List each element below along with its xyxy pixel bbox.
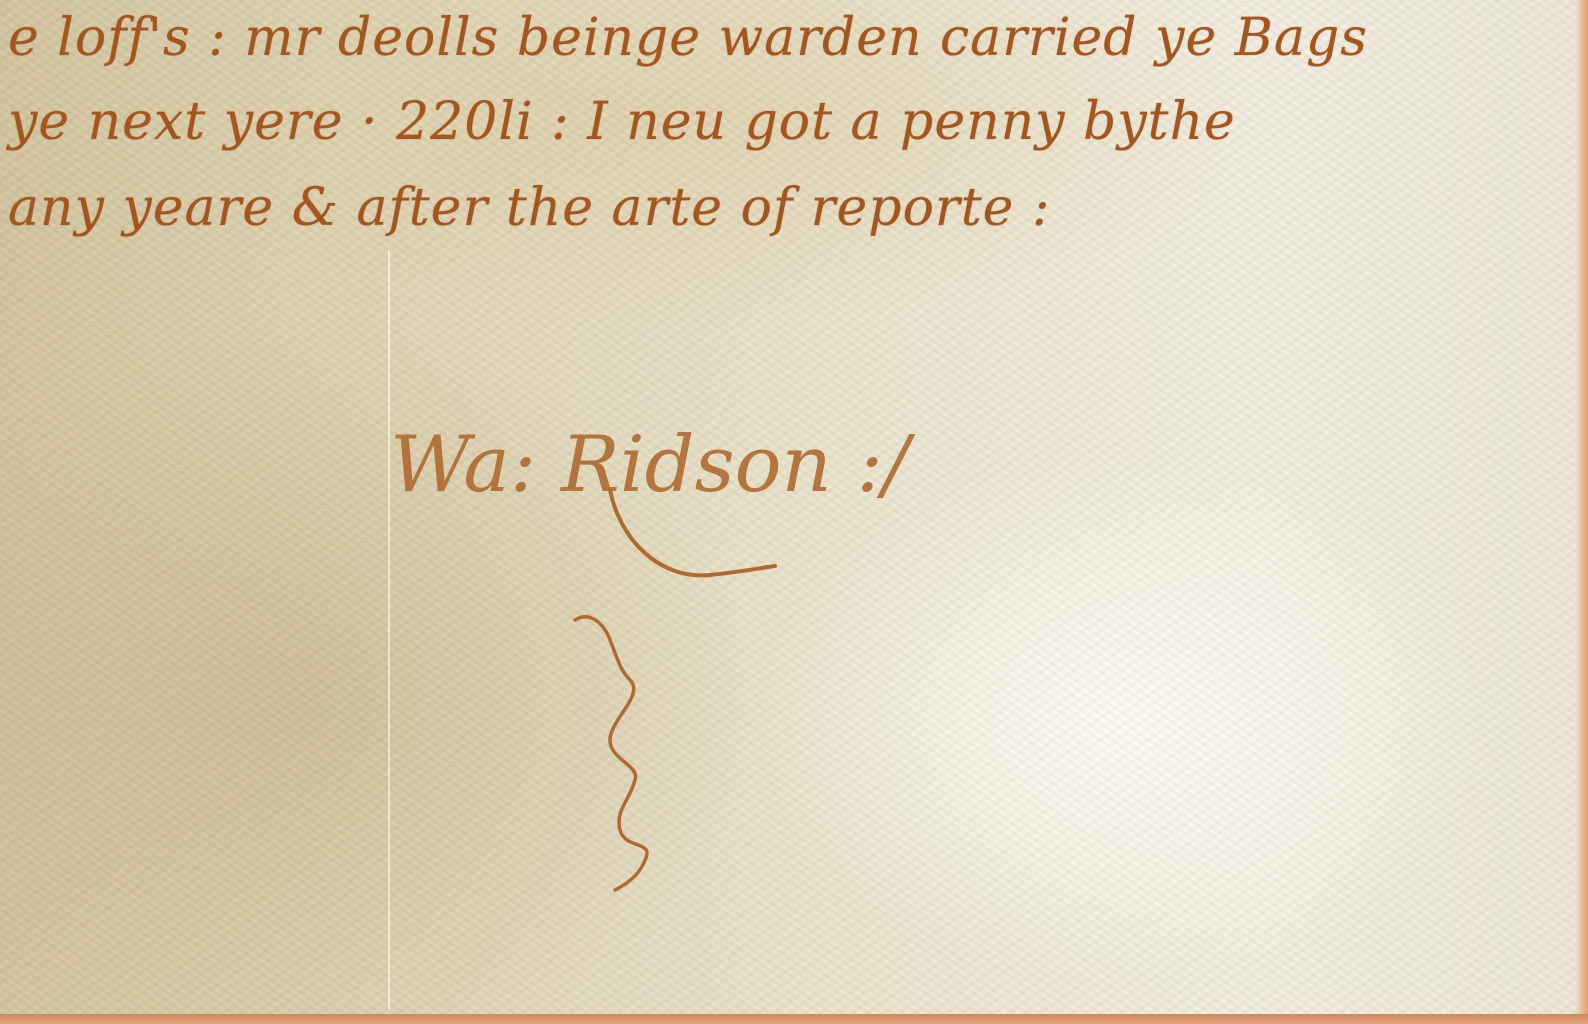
right-edge-backing (1576, 0, 1588, 1024)
manuscript-line-1: e loff's : mr deolls beinge warden carri… (8, 8, 1368, 68)
fold-line (388, 250, 390, 1010)
paraph-icon (560, 600, 680, 900)
manuscript-line-3: any yeare & after the arte of reporte : (8, 178, 1050, 238)
signature-flourish-curve (580, 470, 800, 590)
vellum-sheet: e loff's : mr deolls beinge warden carri… (0, 0, 1576, 1014)
bottom-edge-backing (0, 1014, 1588, 1024)
manuscript-line-2: ye next yere · 220li : I neu got a penny… (8, 92, 1236, 152)
